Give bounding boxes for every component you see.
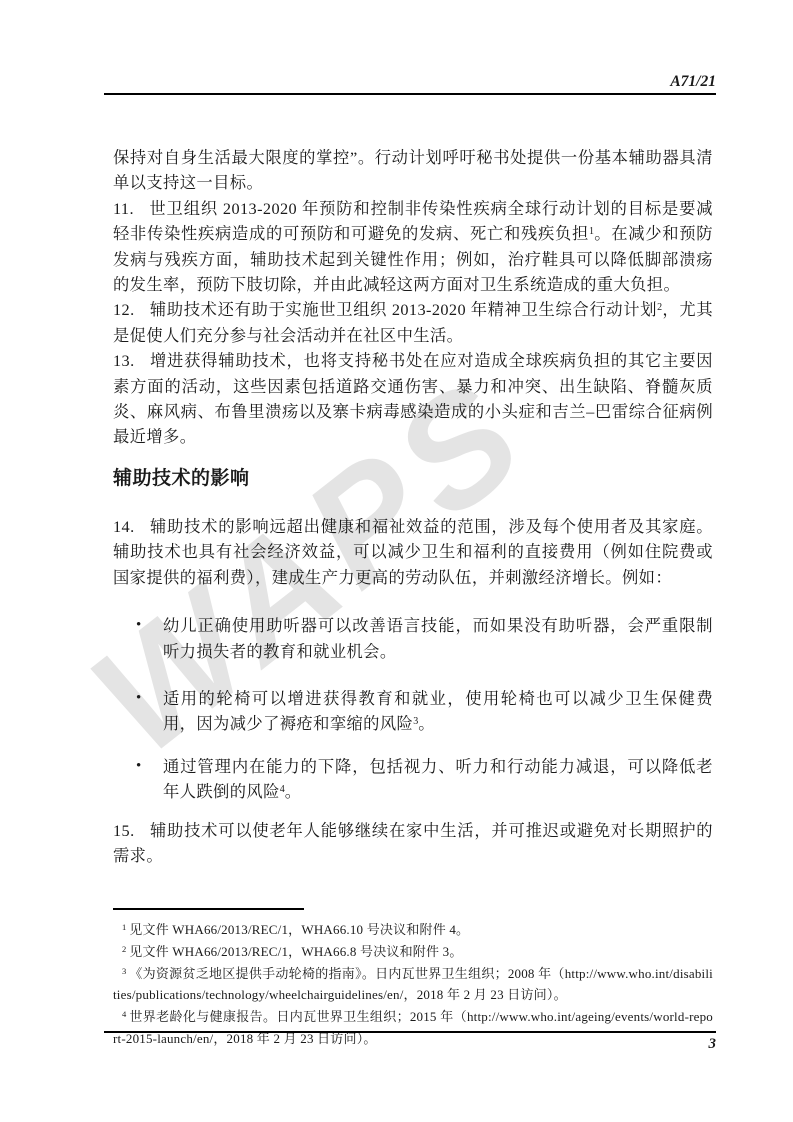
bullet-item: • 适用的轮椅可以增进获得教育和就业，使用轮椅也可以减少卫生保健费用，因为减少了… (113, 686, 713, 737)
footnote-ref: 4 (280, 784, 285, 795)
footnote-ref: 3 (413, 716, 418, 727)
footnote-ref: 2 (657, 302, 662, 313)
body-paragraph: 11.世卫组织 2013-2020 年预防和控制非传染性疾病全球行动计划的目标是… (113, 196, 713, 298)
footnote: 1见文件 WHA66/2013/REC/1，WHA66.10 号决议和附件 4。 (113, 919, 713, 941)
paragraph-number: 13. (113, 351, 135, 370)
paragraph-number: 12. (113, 300, 135, 319)
body-paragraph: 12.辅助技术还有助于实施世卫组织 2013-2020 年精神卫生综合行动计划2… (113, 297, 713, 348)
footer-rule (104, 1031, 716, 1033)
footnotes-section: 1见文件 WHA66/2013/REC/1，WHA66.10 号决议和附件 4。… (113, 908, 713, 1050)
bullet-item: • 幼儿正确使用助听器可以改善语言技能，而如果没有助听器，会严重限制听力损失者的… (113, 613, 713, 664)
page-number: 3 (709, 1036, 717, 1053)
section-heading: 辅助技术的影响 (113, 466, 713, 492)
paragraph-number: 14. (113, 517, 135, 536)
footnote: 2见文件 WHA66/2013/REC/1，WHA66.8 号决议和附件 3。 (113, 941, 713, 963)
footnote-ref: 1 (589, 226, 594, 237)
footnote-number: 1 (122, 922, 126, 932)
footnote: 3《为资源贫乏地区提供手动轮椅的指南》。日内瓦世界卫生组织；2008 年（htt… (113, 963, 713, 1007)
document-header: A71/21 (104, 73, 716, 95)
paragraph-number: 15. (113, 821, 135, 840)
intro-paragraph: 保持对自身生活最大限度的掌控”。行动计划呼吁秘书处提供一份基本辅助器具清单以支持… (113, 145, 713, 196)
document-body: 保持对自身生活最大限度的掌控”。行动计划呼吁秘书处提供一份基本辅助器具清单以支持… (113, 0, 713, 868)
body-paragraph: 14.辅助技术的影响远超出健康和福祉效益的范围，涉及每个使用者及其家庭。辅助技术… (113, 514, 713, 590)
footnote: 4世界老龄化与健康报告。日内瓦世界卫生组织；2015 年（http://www.… (113, 1006, 713, 1050)
bullet-marker: • (113, 613, 163, 664)
bullet-text: 适用的轮椅可以增进获得教育和就业，使用轮椅也可以减少卫生保健费用，因为减少了褥疮… (163, 686, 713, 737)
bullet-text: 通过管理内在能力的下降，包括视力、听力和行动能力减退，可以降低老年人跌倒的风险4… (163, 754, 713, 805)
footnote-divider (113, 908, 304, 910)
doc-code: A71/21 (670, 73, 716, 90)
bullet-marker: • (113, 686, 163, 737)
bullet-item: • 通过管理内在能力的下降，包括视力、听力和行动能力减退，可以降低老年人跌倒的风… (113, 754, 713, 805)
footnote-number: 2 (122, 944, 126, 954)
footnote-number: 3 (122, 966, 126, 976)
body-paragraph: 13.增进获得辅助技术，也将支持秘书处在应对造成全球疾病负担的其它主要因素方面的… (113, 348, 713, 450)
body-paragraph: 15.辅助技术可以使老年人能够继续在家中生活，并可推迟或避免对长期照护的需求。 (113, 818, 713, 869)
paragraph-number: 11. (113, 199, 134, 218)
bullet-text: 幼儿正确使用助听器可以改善语言技能，而如果没有助听器，会严重限制听力损失者的教育… (163, 613, 713, 664)
content-blocks: 11.世卫组织 2013-2020 年预防和控制非传染性疾病全球行动计划的目标是… (113, 196, 713, 869)
footnote-number: 4 (122, 1009, 126, 1019)
bullet-marker: • (113, 754, 163, 805)
page-container: WAPS A71/21 保持对自身生活最大限度的掌控”。行动计划呼吁秘书处提供一… (0, 0, 793, 1122)
